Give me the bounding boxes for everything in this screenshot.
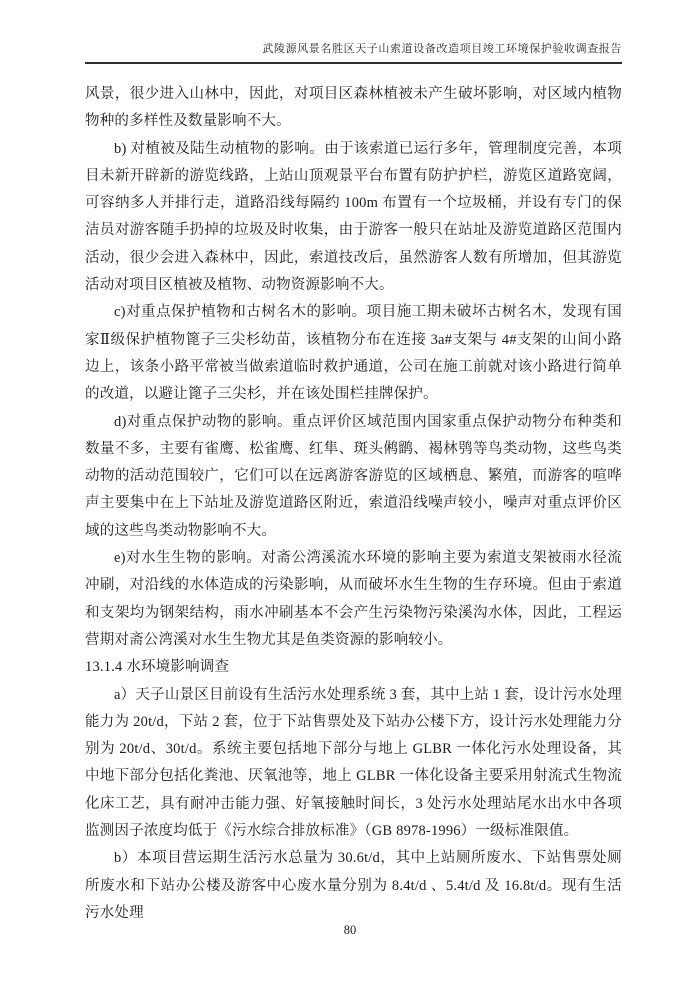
page-number: 80 [0,923,700,938]
paragraph: b）本项目营运期生活污水总量为 30.6t/d，其中上站厕所废水、下站售票处厕所… [85,845,622,927]
paragraph: d)对重点保护动物的影响。重点评价区域范围内国家重点保护动物分布种类和数量不多，… [85,409,622,545]
section-heading: 13.1.4 水环境影响调查 [85,654,622,681]
paragraph: c)对重点保护植物和古树名木的影响。项目施工期未破坏古树名木，发现有国家Ⅱ级保护… [85,299,622,408]
paragraph: b) 对植被及陆生动植物的影响。由于该索道已运行多年，管理制度完善，本项目未新开… [85,136,622,300]
paragraph: a）天子山景区目前设有生活污水处理系统 3 套，其中上站 1 套，设计污水处理能… [85,682,622,846]
paragraph: e)对水生生物的影响。对斋公湾溪流水环境的影响主要为索道支架被雨水径流冲刷，对沿… [85,545,622,654]
document-page: 武陵源风景名胜区天子山索道设备改造项目竣工环境保护验收调查报告 风景，很少进入山… [0,0,700,990]
paragraph: 风景，很少进入山林中，因此，对项目区森林植被未产生破坏影响，对区域内植物物种的多… [85,81,622,136]
document-body: 风景，很少进入山林中，因此，对项目区森林植被未产生破坏影响，对区域内植物物种的多… [85,81,622,927]
page-header-title: 武陵源风景名胜区天子山索道设备改造项目竣工环境保护验收调查报告 [85,40,622,64]
